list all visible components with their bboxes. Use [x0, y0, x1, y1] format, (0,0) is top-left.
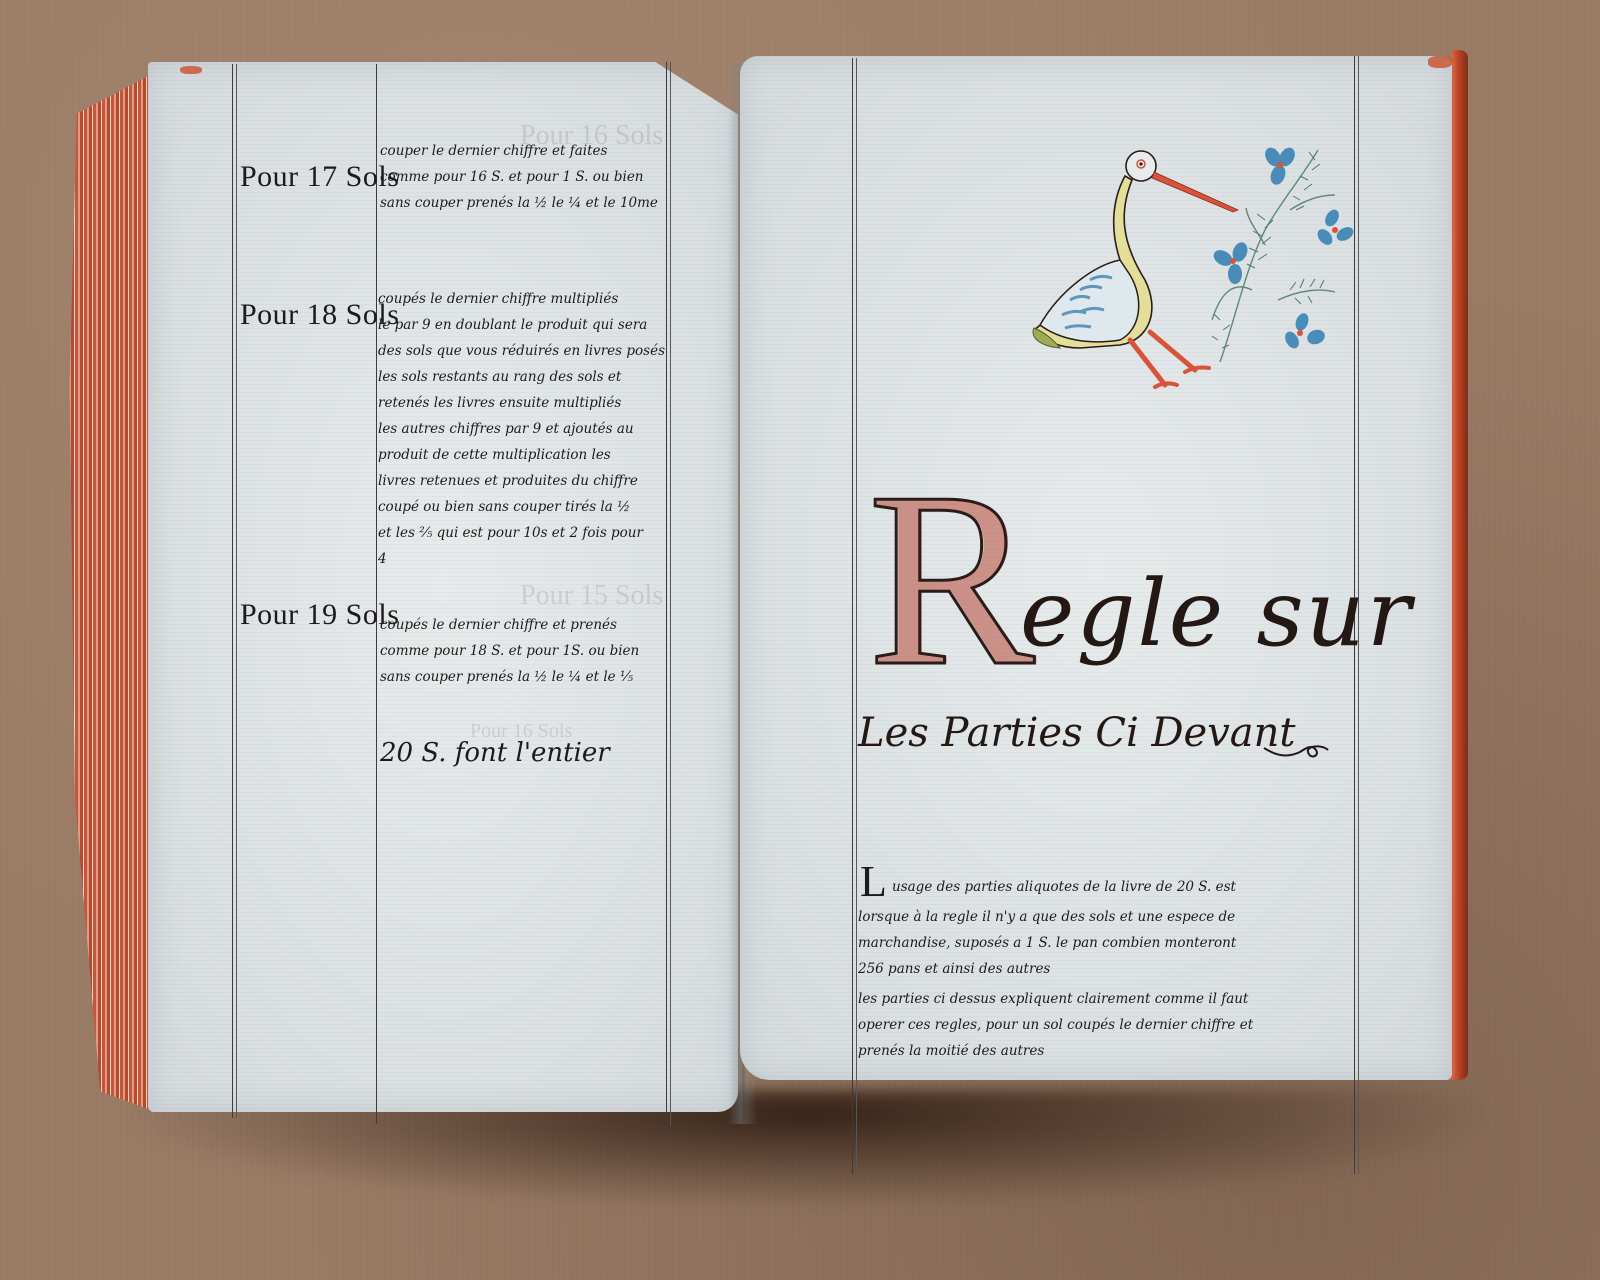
paragraph-1-line: marchandise, suposés a 1 S. le pan combi… — [858, 930, 1236, 956]
entry-line: retenés les livres ensuite multipliés — [378, 390, 665, 416]
subtitle-text: Les Parties Ci Devant — [858, 710, 1295, 756]
paragraph-1-line: 256 pans et ainsi des autres — [858, 956, 1236, 982]
decorated-initial-R: R — [868, 455, 1035, 705]
entry-line: coupés le dernier chiffre et prenés — [380, 612, 639, 638]
show-through-text: Pour 15 Sols — [520, 580, 663, 612]
entry-line: les autres chiffres par 9 et ajoutés au — [378, 416, 665, 442]
entry-line: sans couper prenés la ½ le ¼ et le 10me — [380, 190, 658, 216]
entry-body-19-sols: coupés le dernier chiffre et prenés comm… — [380, 612, 639, 690]
paragraph-2-line: les parties ci dessus expliquent clairem… — [858, 986, 1253, 1012]
paragraph-1-line: usage des parties aliquotes de la livre … — [892, 874, 1236, 900]
end-flourish-icon — [1262, 738, 1332, 768]
blue-flower-icon — [1315, 207, 1356, 248]
paragraph-initial-L: L — [860, 856, 887, 907]
red-speck — [180, 66, 202, 74]
entry-line: des sols que vous réduirés en livres pos… — [378, 338, 665, 364]
entry-body-18-sols: coupés le dernier chiffre multipliés le … — [378, 286, 665, 572]
paragraph-2-line: operer ces regles, pour un sol coupés le… — [858, 1012, 1253, 1038]
left-column-rule — [376, 64, 377, 1124]
bird-and-flowers-illustration — [1020, 140, 1360, 400]
right-margin-rule — [852, 58, 853, 1174]
entry-line: comme pour 18 S. et pour 1S. ou bien — [380, 638, 639, 664]
paragraph-2-body: les parties ci dessus expliquent clairem… — [858, 986, 1253, 1064]
entry-line: livres retenues et produites du chiffre — [378, 468, 665, 494]
paragraph-2-line: prenés la moitié des autres — [858, 1038, 1253, 1064]
entry-line: les sols restants au rang des sols et — [378, 364, 665, 390]
blue-flower-icon — [1282, 311, 1327, 350]
paragraph-1-body: lorsque à la regle il n'y a que des sols… — [858, 904, 1236, 982]
blue-flower-icon — [1262, 145, 1298, 187]
closing-line: 20 S. font l'entier — [380, 738, 610, 768]
wading-bird-icon — [1033, 151, 1238, 387]
paragraph-1-line: lorsque à la regle il n'y a que des sols… — [858, 904, 1236, 930]
entry-heading-19-sols: Pour 19 Sols — [240, 598, 399, 632]
left-page-stack-fore-edge — [66, 72, 156, 1112]
entry-line: et les ⅖ qui est pour 10s et 2 fois pour — [378, 520, 665, 546]
entry-line: sans couper prenés la ½ le ¼ et le ⅕ — [380, 664, 639, 690]
entry-line: 4 — [378, 546, 665, 572]
blue-flower-icon — [1211, 240, 1250, 284]
left-right-margin-rule — [666, 62, 667, 1126]
entry-body-17-sols: couper le dernier chiffre et faites comm… — [380, 138, 658, 216]
entry-line: couper le dernier chiffre et faites — [380, 138, 658, 164]
entry-line: comme pour 16 S. et pour 1 S. ou bien — [380, 164, 658, 190]
title-text: egle sur — [1020, 560, 1413, 667]
entry-line: le par 9 en doublant le produit qui sera — [378, 312, 665, 338]
entry-line: coupés le dernier chiffre multipliés — [378, 286, 665, 312]
right-cover-edge — [1452, 50, 1468, 1080]
entry-heading-17-sols: Pour 17 Sols — [240, 160, 399, 194]
entry-line: coupé ou bien sans couper tirés la ½ — [378, 494, 665, 520]
entry-heading-18-sols: Pour 18 Sols — [240, 298, 399, 332]
left-margin-rule — [232, 64, 233, 1118]
red-speck — [1428, 56, 1452, 68]
entry-line: produit de cette multiplication les — [378, 442, 665, 468]
